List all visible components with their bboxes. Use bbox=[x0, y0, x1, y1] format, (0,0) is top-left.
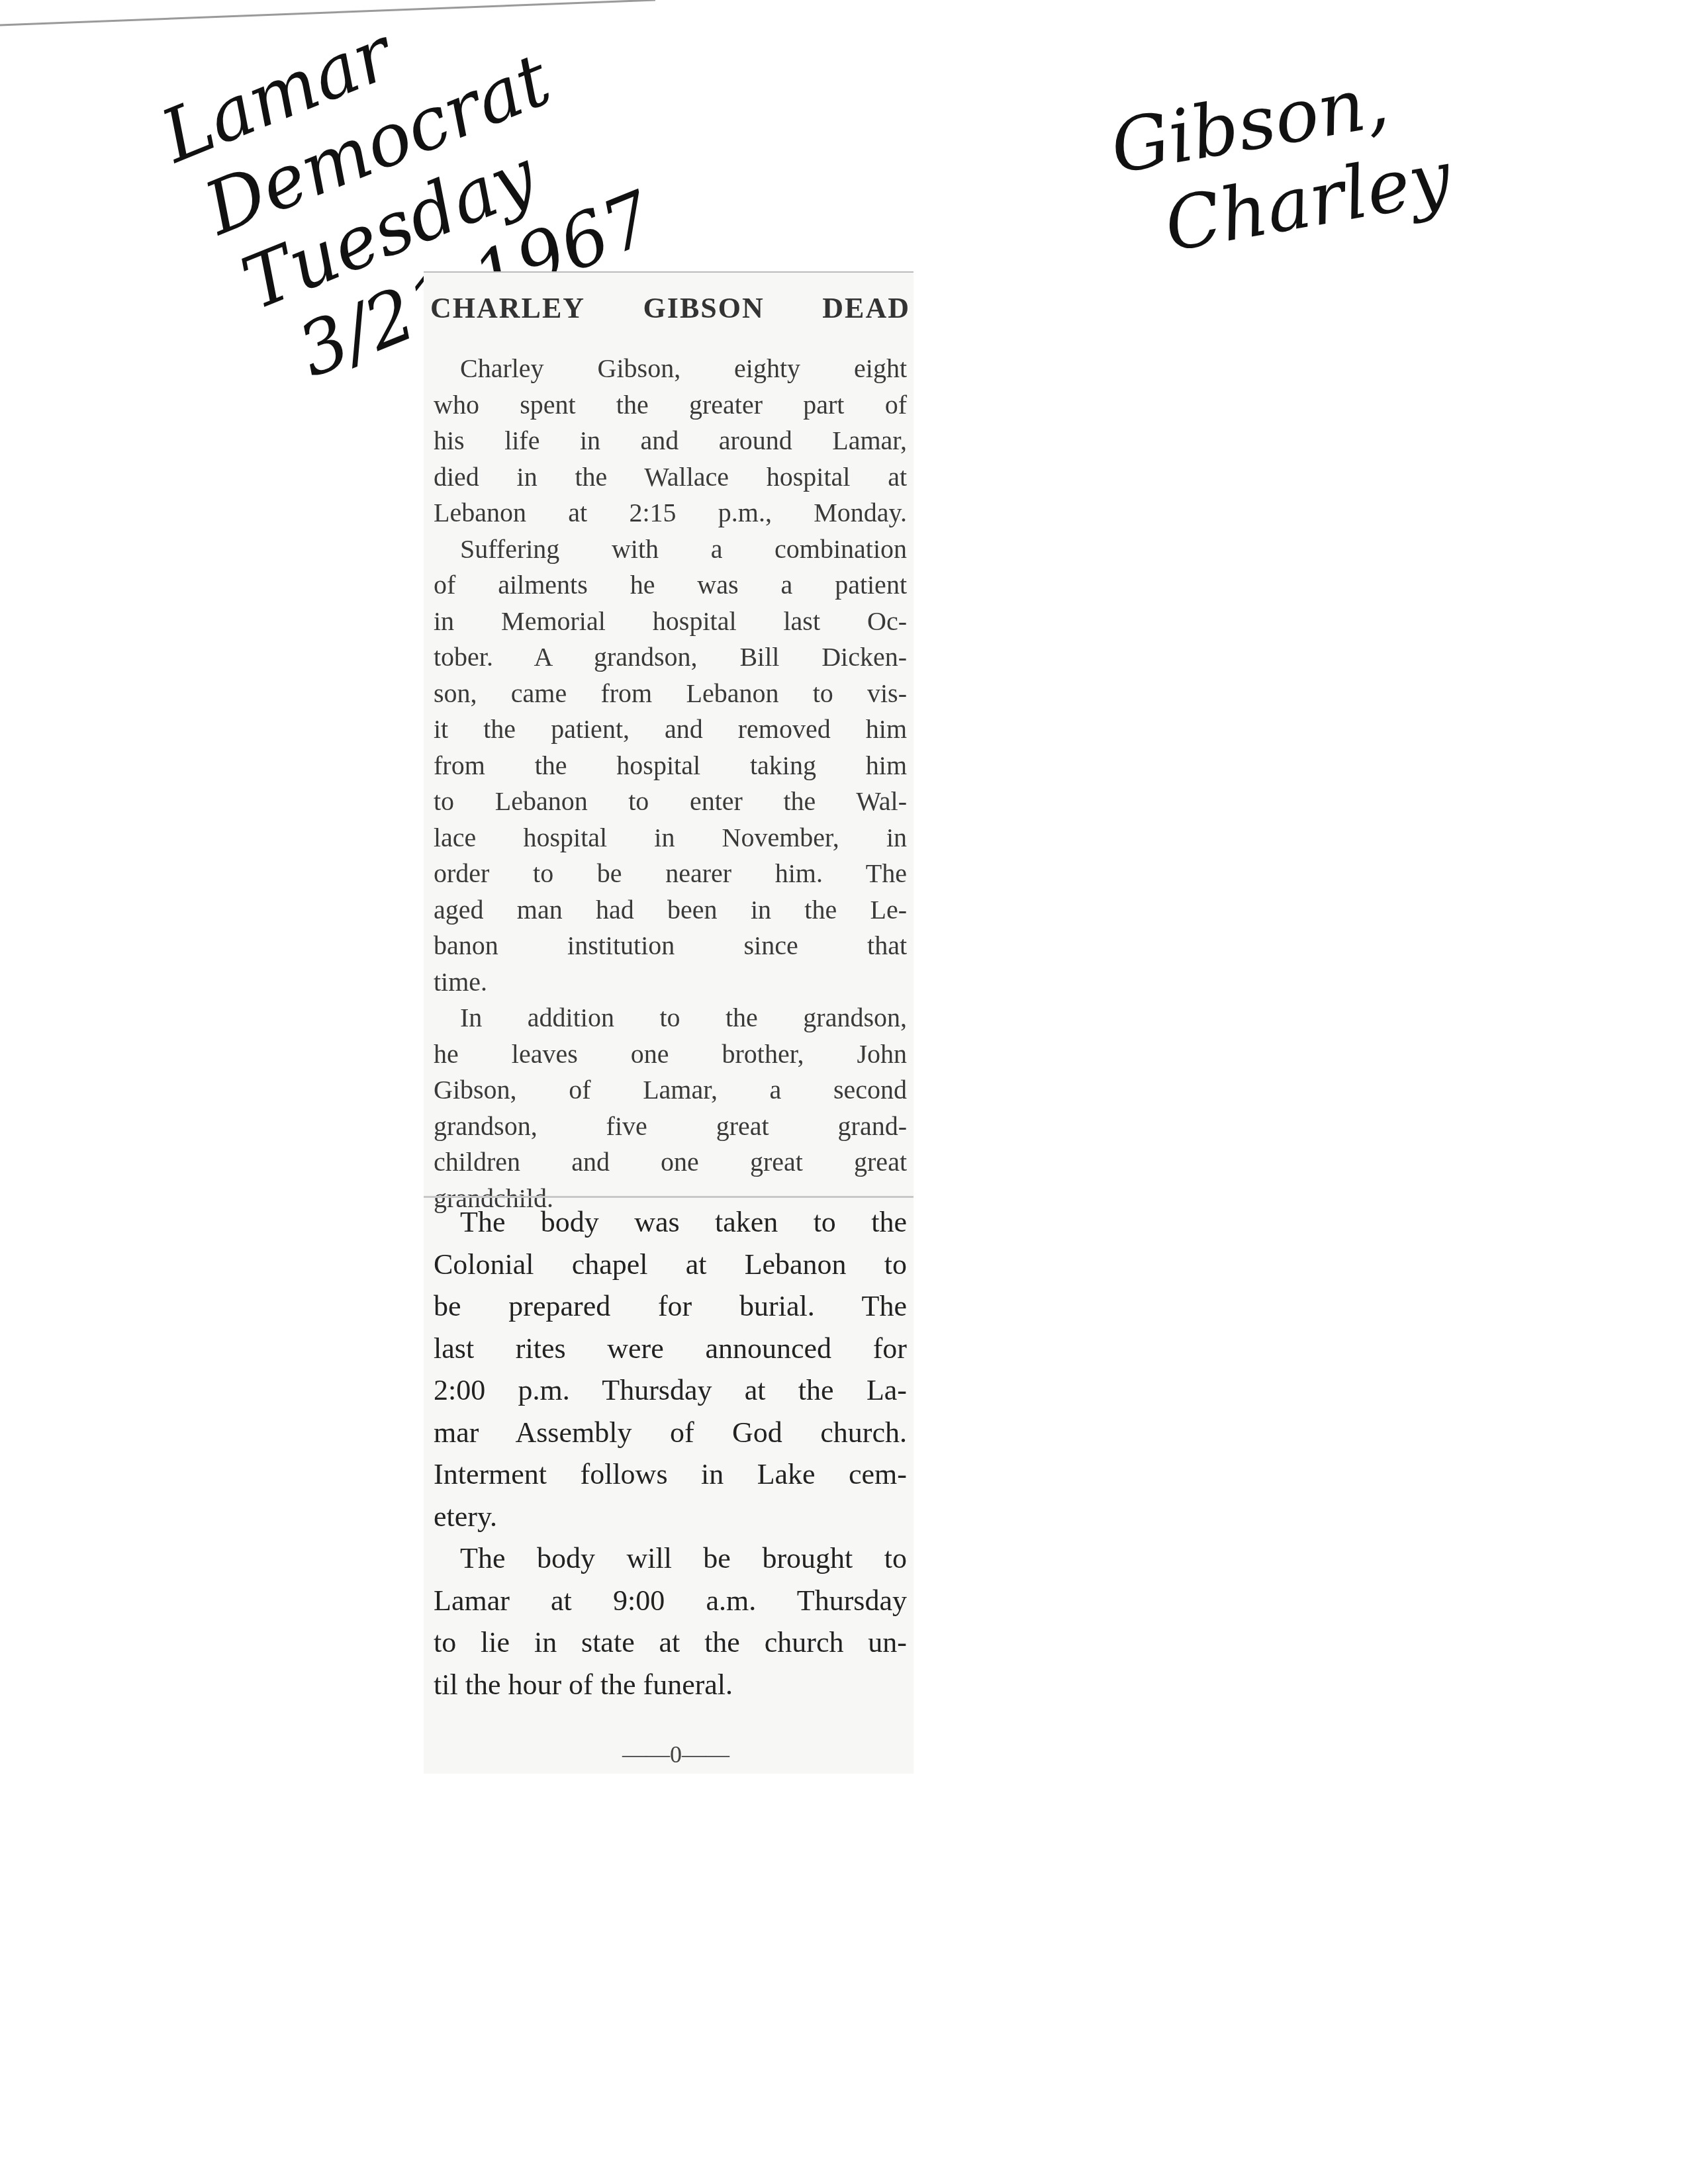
clipping-edge bbox=[424, 271, 914, 273]
text-line: mar Assembly of God church. bbox=[434, 1412, 907, 1454]
text-line: Interment follows in Lake cem- bbox=[434, 1453, 907, 1496]
text-line: Colonial chapel at Lebanon to bbox=[434, 1244, 907, 1286]
text-line: he leaves one brother, John bbox=[434, 1036, 907, 1073]
end-mark: ——0—— bbox=[622, 1741, 729, 1768]
text-line: tober. A grandson, Bill Dicken- bbox=[434, 639, 907, 676]
headline-word: GIBSON bbox=[643, 291, 765, 325]
headline-word: CHARLEY bbox=[430, 291, 585, 325]
text-line: to lie in state at the church un- bbox=[434, 1621, 907, 1664]
text-line: of ailments he was a patient bbox=[434, 567, 907, 604]
text-line: aged man had been in the Le- bbox=[434, 892, 907, 929]
text-line: be prepared for burial. The bbox=[434, 1285, 907, 1328]
text-line: etery. bbox=[434, 1496, 907, 1538]
text-line: who spent the greater part of bbox=[434, 387, 907, 424]
text-line: to Lebanon to enter the Wal- bbox=[434, 784, 907, 820]
text-line: Gibson, of Lamar, a second bbox=[434, 1072, 907, 1109]
text-line: The body will be brought to bbox=[434, 1537, 907, 1580]
text-line: died in the Wallace hospital at bbox=[434, 459, 907, 496]
text-line: children and one great great bbox=[434, 1144, 907, 1181]
text-line: his life in and around Lamar, bbox=[434, 423, 907, 459]
text-line: son, came from Lebanon to vis- bbox=[434, 676, 907, 712]
headline-word: DEAD bbox=[822, 291, 910, 325]
text-line: Charley Gibson, eighty eight bbox=[434, 351, 907, 387]
text-line: time. bbox=[434, 964, 907, 1001]
text-line: in Memorial hospital last Oc- bbox=[434, 604, 907, 640]
obituary-section-1: Charley Gibson, eighty eightwho spent th… bbox=[434, 351, 907, 1216]
text-line: last rites were announced for bbox=[434, 1328, 907, 1370]
text-line: from the hospital taking him bbox=[434, 748, 907, 784]
text-line: Lebanon at 2:15 p.m., Monday. bbox=[434, 495, 907, 531]
clipping-seam bbox=[424, 1196, 914, 1198]
text-line: In addition to the grandson, bbox=[434, 1000, 907, 1036]
text-line: Suffering with a combination bbox=[434, 531, 907, 568]
text-line: til the hour of the funeral. bbox=[434, 1664, 907, 1706]
text-line: lace hospital in November, in bbox=[434, 820, 907, 856]
headline: CHARLEY GIBSON DEAD bbox=[430, 291, 910, 325]
newspaper-clipping: CHARLEY GIBSON DEAD Charley Gibson, eigh… bbox=[424, 271, 914, 1774]
handwritten-index-name: Gibson, Charley bbox=[1105, 56, 1458, 282]
text-line: grandson, five great grand- bbox=[434, 1109, 907, 1145]
text-line: banon institution since that bbox=[434, 928, 907, 964]
text-line: 2:00 p.m. Thursday at the La- bbox=[434, 1369, 907, 1412]
text-line: it the patient, and removed him bbox=[434, 711, 907, 748]
obituary-section-2: The body was taken to theColonial chapel… bbox=[434, 1201, 907, 1706]
text-line: Lamar at 9:00 a.m. Thursday bbox=[434, 1580, 907, 1622]
text-line: order to be nearer him. The bbox=[434, 856, 907, 892]
text-line: The body was taken to the bbox=[434, 1201, 907, 1244]
